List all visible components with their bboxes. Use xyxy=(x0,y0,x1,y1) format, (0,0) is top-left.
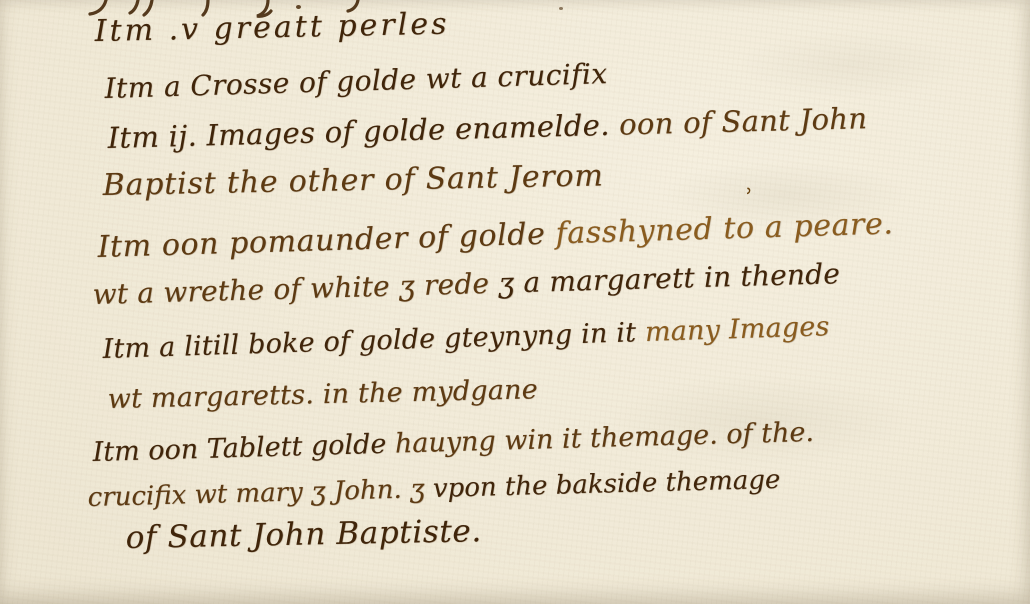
line-text: Itm oon pomaunder of golde xyxy=(97,216,556,265)
line-text: Itm ij. Images of golde enamelde. xyxy=(107,108,619,155)
line-text: Itm oon Tablett golde xyxy=(92,429,395,468)
ink-dot xyxy=(559,7,563,10)
line-text: hauyng win it themage. of the. xyxy=(394,417,814,460)
line-text: Itm .v greatt perles xyxy=(94,7,449,49)
line-text: many Images xyxy=(644,311,829,348)
manuscript-line-5: Itm oon pomaunder of golde fasshyned to … xyxy=(97,209,894,263)
manuscript-line-1: Itm .v greatt perles xyxy=(94,10,449,47)
manuscript-line-7: Itm a litill boke of golde gteynyng in i… xyxy=(102,313,830,363)
line-text: Itm a Crosse of golde wt a crucifix xyxy=(104,57,608,105)
line-text: of Sant John Baptiste. xyxy=(125,513,482,556)
manuscript-page: Itm .v greatt perles Itm a Crosse of gol… xyxy=(0,0,1030,604)
manuscript-line-11: of Sant John Baptiste. xyxy=(125,516,482,554)
line-text: Baptist the other of Sant Jerom xyxy=(102,158,604,203)
line-text: Itm a litill boke of golde gteynyng in i… xyxy=(102,317,645,365)
line-text: crucifix wt mary ʒ John. ʒ xyxy=(87,474,433,513)
flourish-mark: ˒ xyxy=(743,178,754,207)
show-through-patch xyxy=(700,20,1000,110)
line-text: wt a wrethe of white ʒ rede xyxy=(92,267,499,311)
line-text: ʒ a margarett in thende xyxy=(498,257,841,300)
line-text: wt margaretts. in the mydgane xyxy=(107,374,538,415)
line-text: vpon the bakside themage xyxy=(433,465,781,504)
line-text: fasshyned to a peare. xyxy=(555,206,894,251)
manuscript-line-8: wt margaretts. in the mydgane xyxy=(107,376,538,413)
manuscript-line-3: Itm ij. Images of golde enamelde. oon of… xyxy=(107,104,867,153)
manuscript-line-9: Itm oon Tablett golde hauyng win it them… xyxy=(92,419,814,466)
manuscript-line-4: Baptist the other of Sant Jerom xyxy=(102,161,603,201)
manuscript-line-6: wt a wrethe of white ʒ rede ʒ a margaret… xyxy=(92,260,840,309)
manuscript-line-10: crucifix wt mary ʒ John. ʒ vpon the baks… xyxy=(87,467,780,511)
ink-dot xyxy=(296,5,301,9)
line-text: oon of Sant John xyxy=(619,101,868,141)
manuscript-line-2: Itm a Crosse of golde wt a crucifix xyxy=(104,60,608,103)
